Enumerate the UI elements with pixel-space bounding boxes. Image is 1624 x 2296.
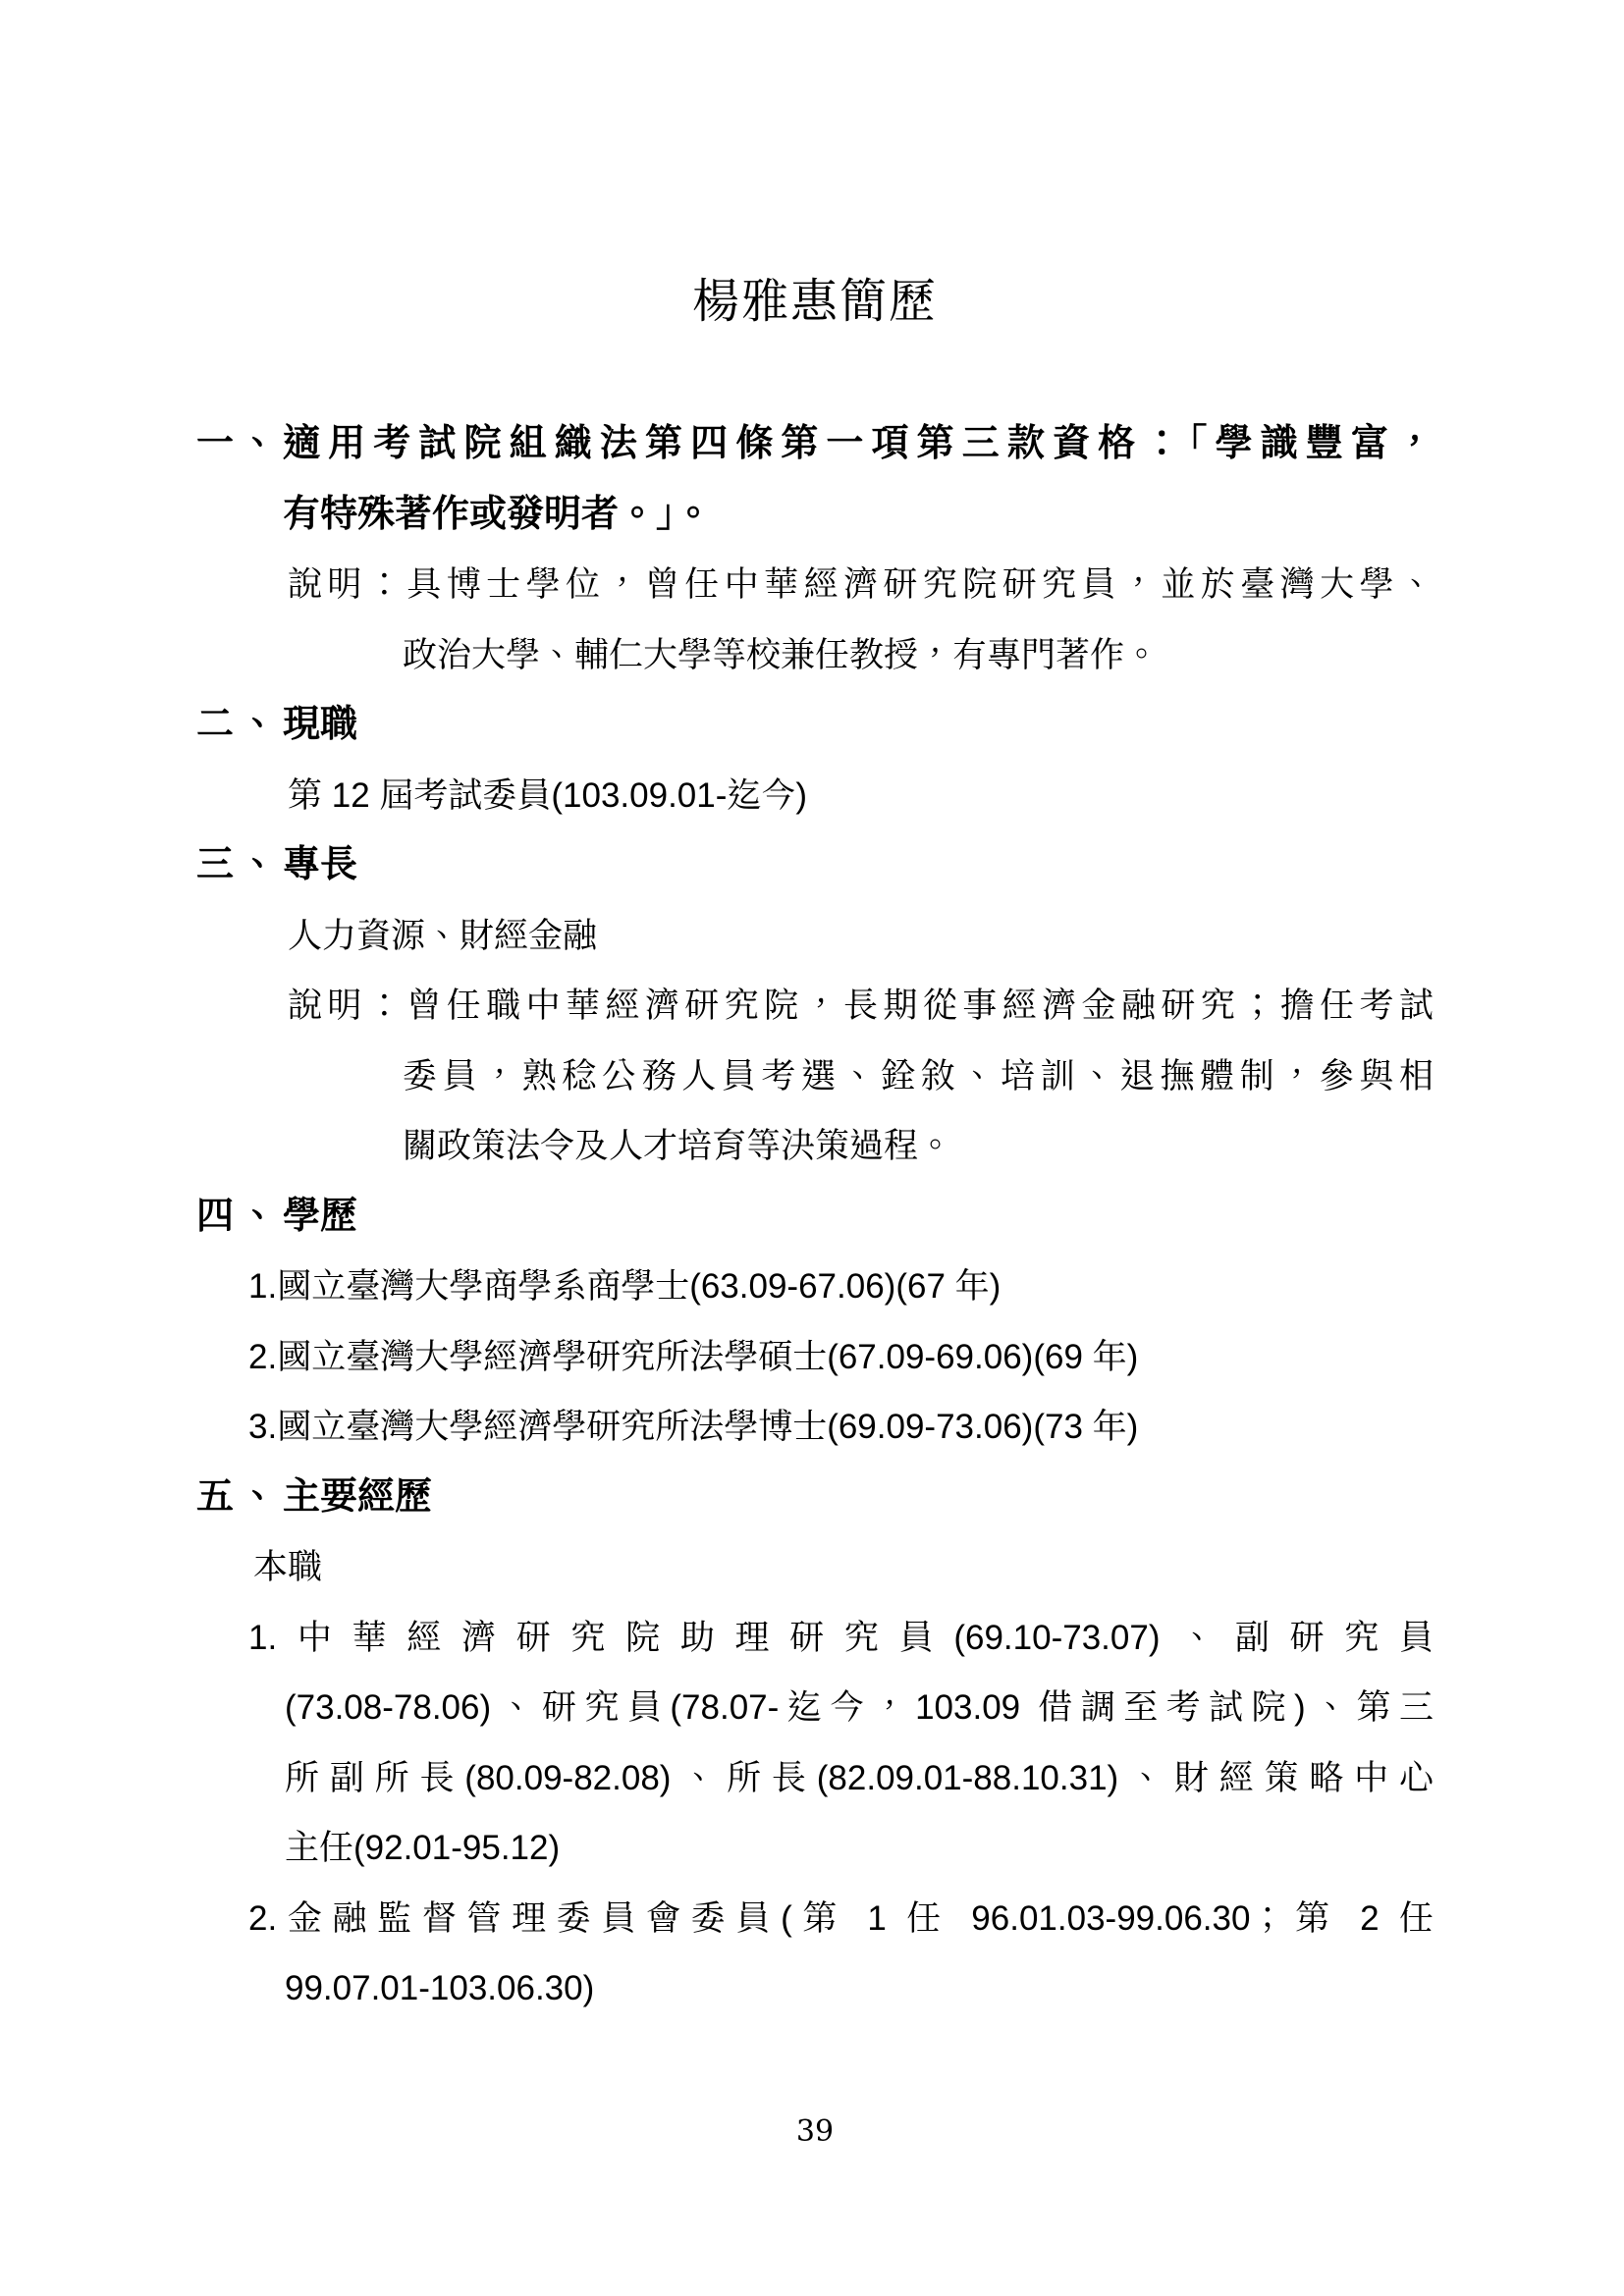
education-item-2: 2.國立臺灣大學經濟學研究所法學碩士(67.09-69.06)(69 年)	[248, 1322, 1434, 1393]
section-2-heading: 現職	[283, 690, 1434, 761]
section-2-heading-row: 二、 現職	[196, 690, 1434, 761]
section-5-heading: 主要經歷	[283, 1463, 1434, 1533]
career-item-1-line-1: 1.中華經濟研究院助理研究員(69.10-73.07)、副研究員	[248, 1603, 1434, 1674]
career-item-1-line-2: (73.08-78.06)、研究員(78.07-迄今，103.09 借調至考試院…	[285, 1673, 1434, 1743]
section-1-marker: 一、	[196, 409, 283, 480]
career-item-1-line-3: 所副所長(80.09-82.08)、所長(82.09.01-88.10.31)、…	[285, 1743, 1434, 1814]
document-content: 楊雅惠簡歷 一、 適用考試院組織法第四條第一項第三款資格：「學識豐富， 有特殊著…	[196, 0, 1434, 2150]
section-3-heading: 專長	[283, 830, 1434, 901]
section-5-marker: 五、	[196, 1463, 283, 1533]
section-4-marker: 四、	[196, 1182, 283, 1253]
section-3-note-line-3: 關政策法令及人才培育等決策過程。	[403, 1111, 1434, 1182]
section-5-subheading: 本職	[253, 1532, 1434, 1603]
section-3-marker: 三、	[196, 830, 283, 901]
section-1-note-line-2: 政治大學、輔仁大學等校兼任教授，有專門著作。	[403, 620, 1434, 691]
section-5-heading-row: 五、 主要經歷	[196, 1463, 1434, 1533]
career-item-1-line-4: 主任(92.01-95.12)	[285, 1813, 1434, 1884]
document-title: 楊雅惠簡歷	[196, 277, 1434, 328]
career-item-2-line-2: 99.07.01-103.06.30)	[285, 1953, 1434, 2024]
section-2-marker: 二、	[196, 690, 283, 761]
education-item-3: 3.國立臺灣大學經濟學研究所法學博士(69.09-73.06)(73 年)	[248, 1392, 1434, 1463]
section-1-note-line-1: 說明：具博士學位，曾任中華經濟研究院研究員，並於臺灣大學、	[288, 550, 1434, 620]
section-3-note-line-1: 說明：曾任職中華經濟研究院，長期從事經濟金融研究；擔任考試	[288, 971, 1434, 1041]
section-3-body-line: 人力資源、財經金融	[288, 901, 1434, 972]
career-item-2-line-1: 2.金融監督管理委員會委員(第 1 任 96.01.03-99.06.30；第 …	[248, 1884, 1434, 1954]
document-page: 楊雅惠簡歷 一、 適用考試院組織法第四條第一項第三款資格：「學識豐富， 有特殊著…	[0, 0, 1624, 2296]
section-4-heading: 學歷	[283, 1182, 1434, 1253]
section-3-heading-row: 三、 專長	[196, 830, 1434, 901]
section-4-heading-row: 四、 學歷	[196, 1182, 1434, 1253]
section-2-body-line: 第 12 屆考試委員(103.09.01-迄今)	[288, 761, 1434, 831]
page-number: 39	[196, 2114, 1434, 2150]
education-item-1: 1.國立臺灣大學商學系商學士(63.09-67.06)(67 年)	[248, 1252, 1434, 1322]
section-1-heading-row: 一、 適用考試院組織法第四條第一項第三款資格：「學識豐富，	[196, 409, 1434, 480]
section-3-note-line-2: 委員，熟稔公務人員考選、銓敘、培訓、退撫體制，參與相	[403, 1041, 1434, 1112]
document-body: 一、 適用考試院組織法第四條第一項第三款資格：「學識豐富， 有特殊著作或發明者。…	[196, 409, 1434, 2024]
section-1-heading-line-1: 適用考試院組織法第四條第一項第三款資格：「學識豐富，	[283, 409, 1434, 480]
section-1-heading-line-2: 有特殊著作或發明者。」。	[283, 480, 1434, 551]
